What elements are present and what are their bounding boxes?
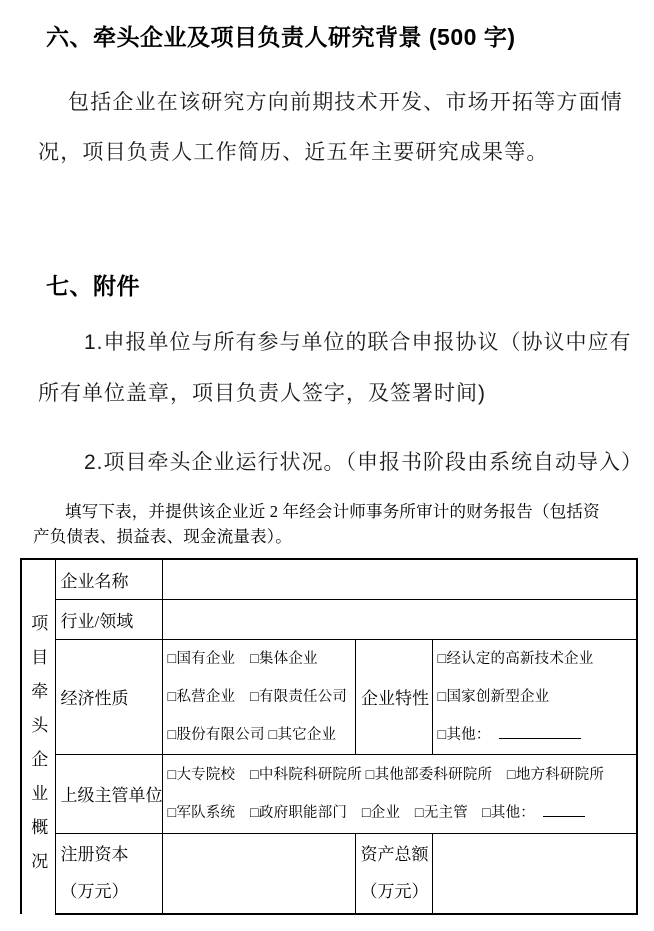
note-line-2: 产负债表、损益表、现金流量表）。: [33, 524, 600, 549]
other-fill-in-line[interactable]: [499, 725, 581, 738]
attachment-item-2-line: 2.项目牵头企业运行状况。（申报书阶段由系统自动导入）: [38, 437, 643, 488]
other-fill-in-line[interactable]: [543, 803, 585, 816]
section-6-body-line-2: 况，项目负责人工作简历、近五年主要研究成果等。: [38, 128, 623, 178]
section-7-heading: 七、附件: [46, 272, 140, 300]
document-page: 六、牵头企业及项目负责人研究背景 (500 字) 包括企业在该研究方向前期技术开…: [0, 0, 654, 931]
note-line-1: 填写下表，并提供该企业近 2 年经会计师事务所审计的财务报告（包括资: [33, 499, 600, 524]
registered-capital-unit-line: （万元）: [61, 873, 160, 910]
vertical-header-char: 目: [31, 641, 48, 675]
enterprise-traits-option-line-1[interactable]: □经认定的高新技术企业: [438, 640, 635, 678]
total-assets-unit-line: （万元）: [361, 873, 430, 910]
section-6-heading: 六、牵头企业及项目负责人研究背景 (500 字): [46, 23, 515, 51]
enterprise-traits-label: 企业特性: [355, 639, 432, 754]
attachment-item-1-line-2: 所有单位盖章，项目负责人签字，及签署时间): [38, 368, 632, 419]
registered-capital-label-line-1: 注册资本: [61, 836, 160, 873]
attachment-item-2: 2.项目牵头企业运行状况。（申报书阶段由系统自动导入）: [38, 437, 643, 488]
registered-capital-input-cell[interactable]: [162, 833, 355, 914]
vertical-header-char: 业: [31, 777, 48, 811]
economic-nature-option-line-2[interactable]: □私营企业 □有限责任公司: [168, 678, 353, 716]
vertical-header-char: 项: [31, 607, 48, 641]
attachment-item-1-line-1: 1.申报单位与所有参与单位的联合申报协议（协议中应有: [38, 317, 632, 368]
supervisor-other-checkbox-label[interactable]: □其他：: [482, 805, 535, 821]
section-6-paragraph: 包括企业在该研究方向前期技术开发、市场开拓等方面情 况，项目负责人工作简历、近五…: [38, 78, 623, 178]
registered-capital-label: 注册资本 （万元）: [55, 833, 162, 914]
economic-nature-option-line-1[interactable]: □国有企业 □集体企业: [168, 640, 353, 678]
lead-enterprise-overview-table: 项 目 牵 头 企 业 概 况 企业名称 行业/领域 经济性质 □国有企业 □集…: [20, 558, 638, 915]
enterprise-traits-options-cell: □经认定的高新技术企业 □国家创新型企业 □其他：: [432, 639, 637, 754]
vertical-header-char: 况: [31, 845, 48, 879]
enterprise-traits-option-line-2[interactable]: □国家创新型企业: [438, 678, 635, 716]
attachment-item-1: 1.申报单位与所有参与单位的联合申报协议（协议中应有 所有单位盖章，项目负责人签…: [38, 317, 632, 419]
total-assets-label: 资产总额 （万元）: [355, 833, 432, 914]
supervisor-unit-option-line-2[interactable]: □军队系统 □政府职能部门 □企业 □无主管□其他：: [168, 794, 635, 832]
economic-nature-option-line-3[interactable]: □股份有限公司 □其它企业: [168, 716, 353, 754]
table-vertical-header: 项 目 牵 头 企 业 概 况: [21, 559, 55, 914]
vertical-header-char: 概: [31, 811, 48, 845]
vertical-header-char: 头: [31, 709, 48, 743]
vertical-header-char: 企: [31, 743, 48, 777]
supervisor-unit-options-cell: □大专院校 □中科院科研院所 □其他部委科研院所 □地方科研院所 □军队系统 □…: [162, 754, 637, 833]
economic-nature-options-cell: □国有企业 □集体企业 □私营企业 □有限责任公司 □股份有限公司 □其它企业: [162, 639, 355, 754]
supervisor-unit-option-group[interactable]: □军队系统 □政府职能部门 □企业 □无主管: [168, 805, 468, 821]
vertical-header-char: 牵: [31, 675, 48, 709]
supervisor-unit-option-line-1[interactable]: □大专院校 □中科院科研院所 □其他部委科研院所 □地方科研院所: [168, 756, 635, 794]
industry-field-label: 行业/领域: [55, 599, 162, 639]
supervisor-unit-label: 上级主管单位: [55, 754, 162, 833]
company-name-label: 企业名称: [55, 559, 162, 599]
industry-field-input-cell[interactable]: [162, 599, 637, 639]
total-assets-label-line-1: 资产总额: [361, 836, 430, 873]
vertical-header-text: 项 目 牵 头 企 业 概 况: [27, 595, 53, 879]
enterprise-traits-other-checkbox-label[interactable]: □其他：: [438, 727, 491, 743]
economic-nature-label: 经济性质: [55, 639, 162, 754]
enterprise-traits-other-line[interactable]: □其他：: [438, 716, 635, 754]
section-6-body-line-1: 包括企业在该研究方向前期技术开发、市场开拓等方面情: [38, 78, 623, 128]
company-name-input-cell[interactable]: [162, 559, 637, 599]
total-assets-input-cell[interactable]: [432, 833, 637, 914]
table-instructions-note: 填写下表，并提供该企业近 2 年经会计师事务所审计的财务报告（包括资 产负债表、…: [33, 499, 600, 549]
